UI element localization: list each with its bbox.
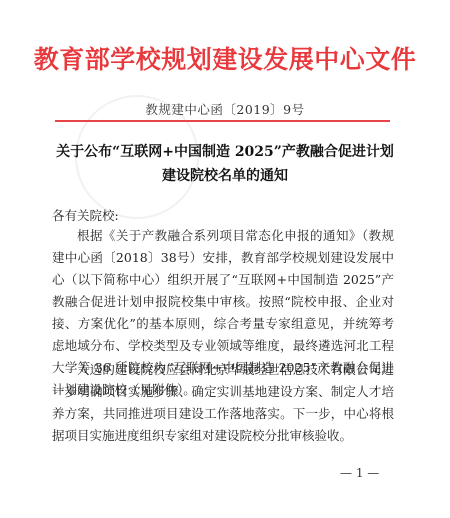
red-divider xyxy=(55,120,390,122)
salutation: 各有关院校: xyxy=(52,206,119,224)
page-number: — 1 — xyxy=(340,466,379,480)
title-line-2: 建设院校名单的通知 xyxy=(0,164,450,188)
body-paragraph-2: 入选的建设院校应会同北京华晟经世信息技术有限公司进一步明确项目实施步骤、确定实训… xyxy=(52,359,394,447)
document-number: 教规建中心函〔2019〕9号 xyxy=(0,100,450,118)
paragraph-text: 入选的建设院校应会同北京华晟经世信息技术有限公司进一步明确项目实施步骤、确定实训… xyxy=(52,359,394,447)
issuer-header: 教育部学校规划建设发展中心文件 xyxy=(0,40,450,76)
title-line-1: 关于公布“互联网+中国制造 2025”产教融合促进计划 xyxy=(0,140,450,164)
document-title: 关于公布“互联网+中国制造 2025”产教融合促进计划 建设院校名单的通知 xyxy=(0,140,450,188)
